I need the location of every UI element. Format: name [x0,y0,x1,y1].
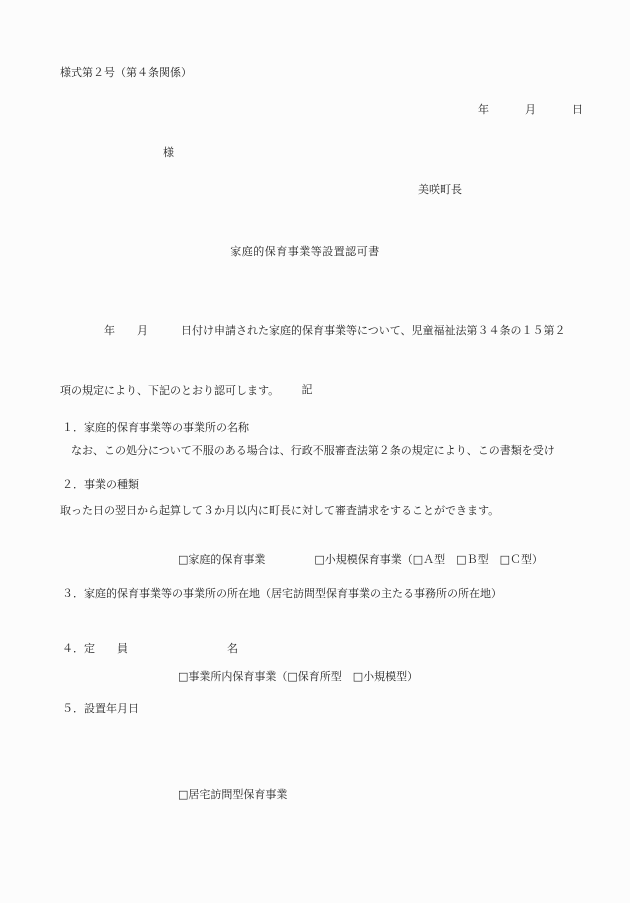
business-type-option-workplace-checkbox: □事業所内保育事業（□保育所型 □小規模型） [178,670,418,683]
date-month-blank [536,102,572,117]
body-line-1: 年 月 日付け申請された家庭的保育事業等について、児童福祉法第３４条の１５第２ [60,321,576,341]
item-1-business-name: １．家庭的保育事業等の事業所の名称 [62,420,249,435]
business-type-option-small-scale-checkbox: □小規模保育事業（□Ａ型 □Ｂ型 □Ｃ型） [314,553,543,566]
form-number: 様式第２号（第４条関係） [60,65,192,80]
item-3-business-location: ３．家庭的保育事業等の事業所の所在地（居宅訪問型保育事業の主たる事務所の所在地） [62,586,502,601]
business-type-option-home-visit-checkbox: □居宅訪問型保育事業 [178,788,287,801]
business-type-options-line-1: □家庭的保育事業□小規模保育事業（□Ａ型 □Ｂ型 □Ｃ型） [157,524,543,595]
issuer-title: 美咲町長 [418,182,462,197]
addressee-honorific: 様 [163,145,174,160]
item-2-business-type-label: ２．事業の種類 [62,477,139,492]
date-year-blank [489,102,525,117]
business-type-option-family-checkbox: □家庭的保育事業 [178,553,265,566]
item-5-establishment-date: ５．設置年月日 [62,701,139,716]
date-line: 年 月 日 [478,102,583,117]
item-2-business-type-options: □家庭的保育事業□小規模保育事業（□Ａ型 □Ｂ型 □Ｃ型） □事業所内保育事業（… [157,477,543,877]
date-day-label: 日 [572,102,583,117]
document-page: 様式第２号（第４条関係） 年 月 日 様 美咲町長 家庭的保育事業等設置認可書 … [0,0,630,903]
record-heading: 記 [0,382,630,397]
date-month-label: 月 [525,102,536,117]
item-4-capacity: ４．定 員 名 [62,641,238,656]
business-type-options-line-3: □居宅訪問型保育事業 [157,759,543,830]
document-title: 家庭的保育事業等設置認可書 [0,244,630,259]
date-year-label: 年 [478,102,489,117]
body-line-3: なお、この処分について不服のある場合は、行政不服審査法第２条の規定により、この書… [60,441,576,461]
